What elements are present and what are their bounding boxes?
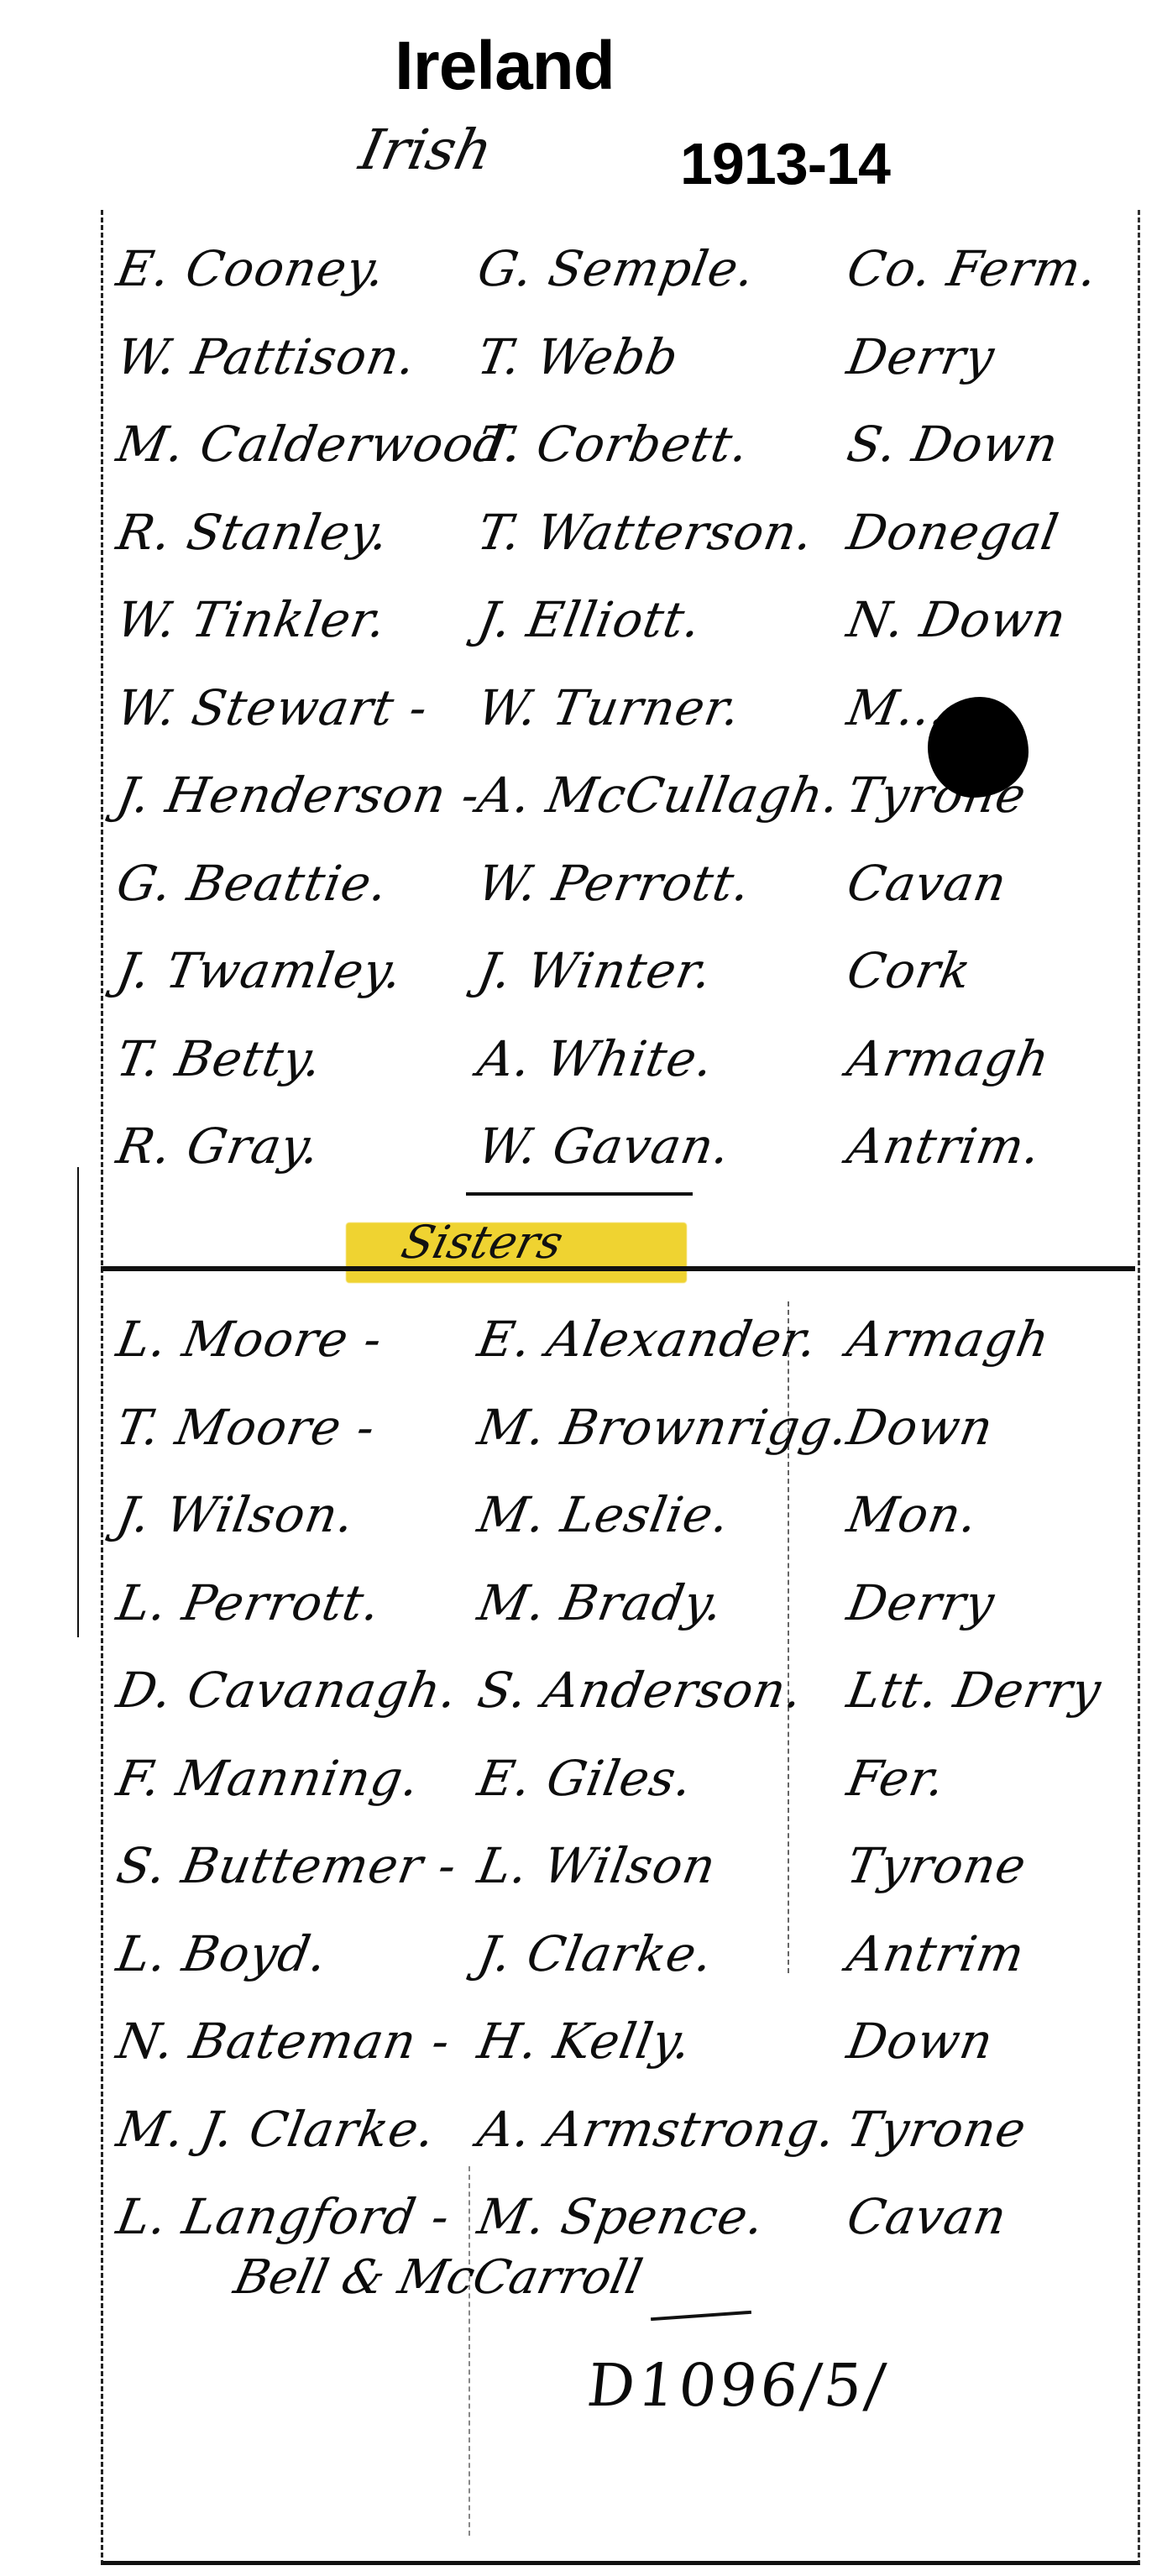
county: Tyrone: [840, 2087, 1033, 2171]
list-item: N. Bateman - H. Kelly. Down: [0, 1999, 1162, 2083]
list-item: L. Langford - M. Spence. Cavan: [0, 2175, 1162, 2259]
partner-name: J. Winter.: [471, 929, 719, 1013]
county: Down: [840, 1385, 1000, 1469]
partner-name: W. Gavan.: [471, 1104, 737, 1188]
member-name: T. Moore -: [110, 1385, 382, 1469]
county: Ltt. Derry: [840, 1648, 1108, 1732]
list-item: R. Stanley. T. Watterson. Donegal: [0, 490, 1162, 574]
partner-name: T. Corbett.: [471, 402, 756, 486]
member-name: W. Stewart -: [110, 666, 435, 750]
county: Armagh: [840, 1017, 1056, 1101]
partner-name: M. Brady.: [471, 1561, 730, 1645]
list-item: S. Buttemer - L. Wilson Tyrone: [0, 1824, 1162, 1908]
member-name: J. Twamley.: [110, 929, 409, 1013]
partner-name: H. Kelly.: [471, 1999, 699, 2083]
member-name: J. Wilson.: [110, 1473, 361, 1557]
county: Mon.: [840, 1473, 985, 1557]
partner-name: T. Webb: [471, 315, 685, 399]
county: Down: [840, 1999, 1000, 2083]
member-name: L. Langford -: [110, 2175, 457, 2259]
list-item: W. Tinkler. J. Elliott. N. Down: [0, 578, 1162, 662]
member-name: J. Henderson -: [110, 753, 487, 837]
partner-name: A. Armstrong.: [471, 2087, 843, 2171]
list-item: J. Twamley. J. Winter. Cork: [0, 929, 1162, 1013]
member-name: T. Betty.: [110, 1017, 329, 1101]
reference-number: D1096/5/: [584, 2351, 892, 2420]
partner-name: J. Elliott.: [471, 578, 708, 662]
county: Armagh: [840, 1297, 1056, 1381]
member-name: W. Pattison.: [110, 315, 423, 399]
footnote: Bell & McCarroll: [229, 2250, 646, 2305]
member-name: L. Perrott.: [110, 1561, 387, 1645]
member-name: R. Gray.: [110, 1104, 327, 1188]
list-item: L. Perrott. M. Brady. Derry: [0, 1561, 1162, 1645]
handwritten-heading: Irish: [354, 118, 498, 182]
partner-name: W. Turner.: [471, 666, 747, 750]
partner-name: M. Spence.: [471, 2175, 772, 2259]
list-item: L. Boyd. J. Clarke. Antrim: [0, 1912, 1162, 1996]
list-item: T. Betty. A. White. Armagh: [0, 1017, 1162, 1101]
county: Tyrone: [840, 1824, 1033, 1908]
county: Cavan: [840, 841, 1013, 925]
county: Fer.: [840, 1736, 952, 1820]
list-item: W. Pattison. T. Webb Derry: [0, 315, 1162, 399]
member-name: N. Bateman -: [110, 1999, 457, 2083]
member-name: M. J. Clarke.: [110, 2087, 442, 2171]
member-name: W. Tinkler.: [110, 578, 393, 662]
document-years: 1913-14: [680, 134, 890, 193]
member-name: F. Manning.: [110, 1736, 427, 1820]
member-name: D. Cavanagh.: [110, 1648, 464, 1732]
section-label-sisters: Sisters: [396, 1216, 568, 1269]
list-item: M. Calderwood. T. Corbett. S. Down: [0, 402, 1162, 486]
county: Cavan: [840, 2175, 1013, 2259]
member-name: G. Beattie.: [110, 841, 395, 925]
county: Derry: [840, 315, 1002, 399]
ink-blot: [928, 697, 1029, 798]
county: Antrim.: [840, 1104, 1048, 1188]
section-divider-line: [101, 1266, 1135, 1271]
partner-name: A. McCullagh.: [471, 753, 847, 837]
member-name: S. Buttemer -: [110, 1824, 463, 1908]
member-name: L. Boyd.: [110, 1912, 334, 1996]
gavan-underline: [466, 1192, 693, 1196]
document-title: Ireland: [395, 32, 615, 101]
county: Derry: [840, 1561, 1002, 1645]
county: S. Down: [840, 402, 1065, 486]
partner-name: A. White.: [471, 1017, 720, 1101]
partner-name: S. Anderson.: [471, 1648, 809, 1732]
list-item: D. Cavanagh. S. Anderson. Ltt. Derry: [0, 1648, 1162, 1732]
partner-name: L. Wilson: [471, 1824, 723, 1908]
partner-name: G. Semple.: [471, 227, 762, 311]
county: Antrim: [840, 1912, 1031, 1996]
partner-name: J. Clarke.: [471, 1912, 720, 1996]
partner-name: W. Perrott.: [471, 841, 757, 925]
list-item: T. Moore - M. Brownrigg. Down: [0, 1385, 1162, 1469]
list-item: L. Moore - E. Alexander. Armagh: [0, 1297, 1162, 1381]
county: Cork: [840, 929, 978, 1013]
member-name: E. Cooney.: [110, 227, 392, 311]
county: Donegal: [840, 490, 1065, 574]
list-item: J. Wilson. M. Leslie. Mon.: [0, 1473, 1162, 1557]
county: Co. Ferm.: [840, 227, 1104, 311]
partner-name: E. Giles.: [471, 1736, 699, 1820]
list-item: R. Gray. W. Gavan. Antrim.: [0, 1104, 1162, 1188]
partner-name: T. Watterson.: [471, 490, 820, 574]
partner-name: E. Alexander.: [471, 1297, 824, 1381]
partner-name: M. Leslie.: [471, 1473, 736, 1557]
county: N. Down: [840, 578, 1073, 662]
list-item: E. Cooney. G. Semple. Co. Ferm.: [0, 227, 1162, 311]
partner-name: M. Brownrigg.: [471, 1385, 856, 1469]
member-name: M. Calderwood.: [110, 402, 530, 486]
member-name: L. Moore -: [110, 1297, 389, 1381]
member-name: R. Stanley.: [110, 490, 396, 574]
list-item: F. Manning. E. Giles. Fer.: [0, 1736, 1162, 1820]
list-item: M. J. Clarke. A. Armstrong. Tyrone: [0, 2087, 1162, 2171]
list-item: G. Beattie. W. Perrott. Cavan: [0, 841, 1162, 925]
